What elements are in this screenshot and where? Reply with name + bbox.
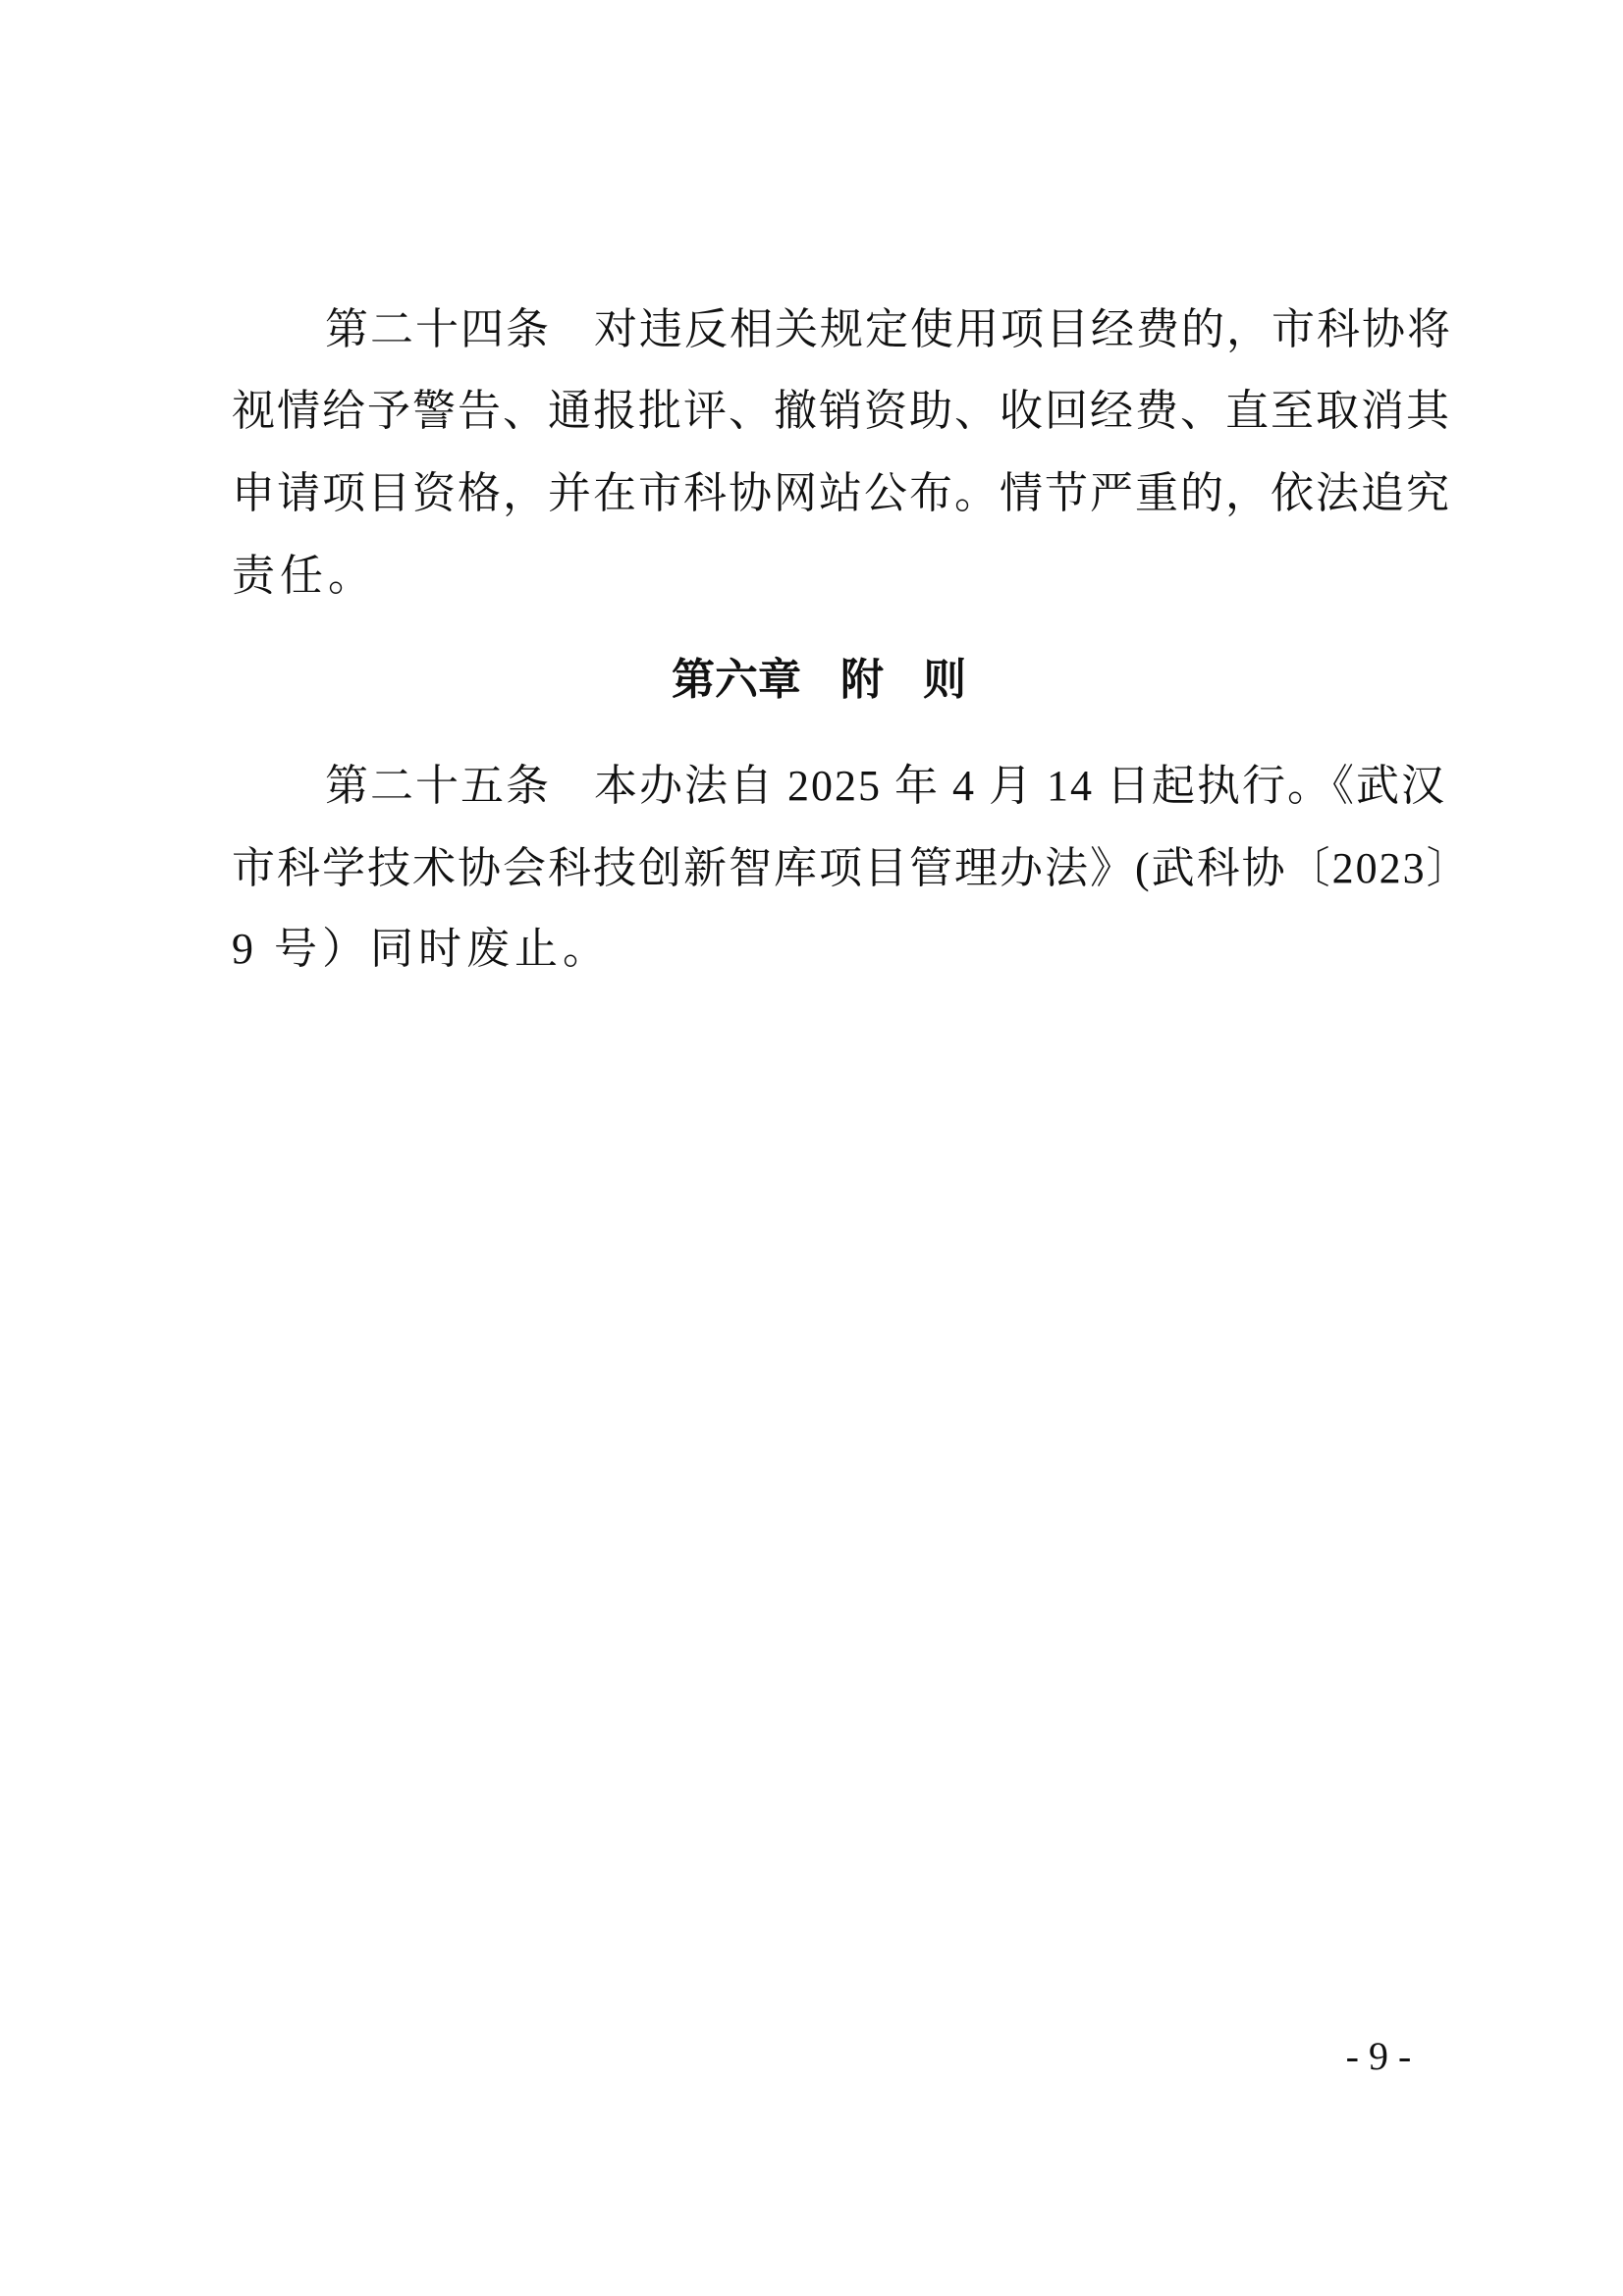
article-24-text-1: 对违反相关规定使用项目经费的，市科协将 xyxy=(594,305,1452,353)
chapter-title-char-1: 附 xyxy=(840,655,884,705)
article-25-text-3: 9 号）同时废止。 xyxy=(232,925,611,973)
article-25-line-3: 9 号）同时废止。 xyxy=(232,920,1406,979)
article-24-text-2: 视情给予警告、通报批评、撤销资助、收回经费、直至取消其 xyxy=(232,387,1451,435)
article-24-line-1: 第二十四条对违反相关规定使用项目经费的，市科协将 xyxy=(232,300,1406,359)
chapter-title-char-2: 则 xyxy=(923,655,966,705)
chapter-heading: 第六章附则 xyxy=(0,650,1623,711)
article-24-text-3: 申请项目资格，并在市科协网站公布。情节严重的，依法追究 xyxy=(232,469,1451,517)
page-number: - 9 - xyxy=(1327,2034,1430,2079)
article-25-line-1: 第二十五条本办法自 2025 年 4 月 14 日起执行。《武汉 xyxy=(232,757,1406,816)
article-24-line-2: 视情给予警告、通报批评、撤销资助、收回经费、直至取消其 xyxy=(232,382,1406,441)
chapter-number: 第六章 xyxy=(672,655,801,705)
article-25-text-2: 市科学技术协会科技创新智库项目管理办法》(武科协〔2023〕 xyxy=(232,844,1472,892)
article-25-number: 第二十五条 xyxy=(325,762,551,810)
article-24-text-4: 责任。 xyxy=(232,552,376,600)
article-24-line-4: 责任。 xyxy=(232,547,1406,606)
article-24-line-3: 申请项目资格，并在市科协网站公布。情节严重的，依法追究 xyxy=(232,464,1406,523)
document-page: 第二十四条对违反相关规定使用项目经费的，市科协将 视情给予警告、通报批评、撤销资… xyxy=(0,0,1623,2296)
article-25-line-2: 市科学技术协会科技创新智库项目管理办法》(武科协〔2023〕 xyxy=(232,839,1406,898)
article-25-text-1: 本办法自 2025 年 4 月 14 日起执行。《武汉 xyxy=(594,762,1446,810)
article-24-number: 第二十四条 xyxy=(325,305,551,353)
